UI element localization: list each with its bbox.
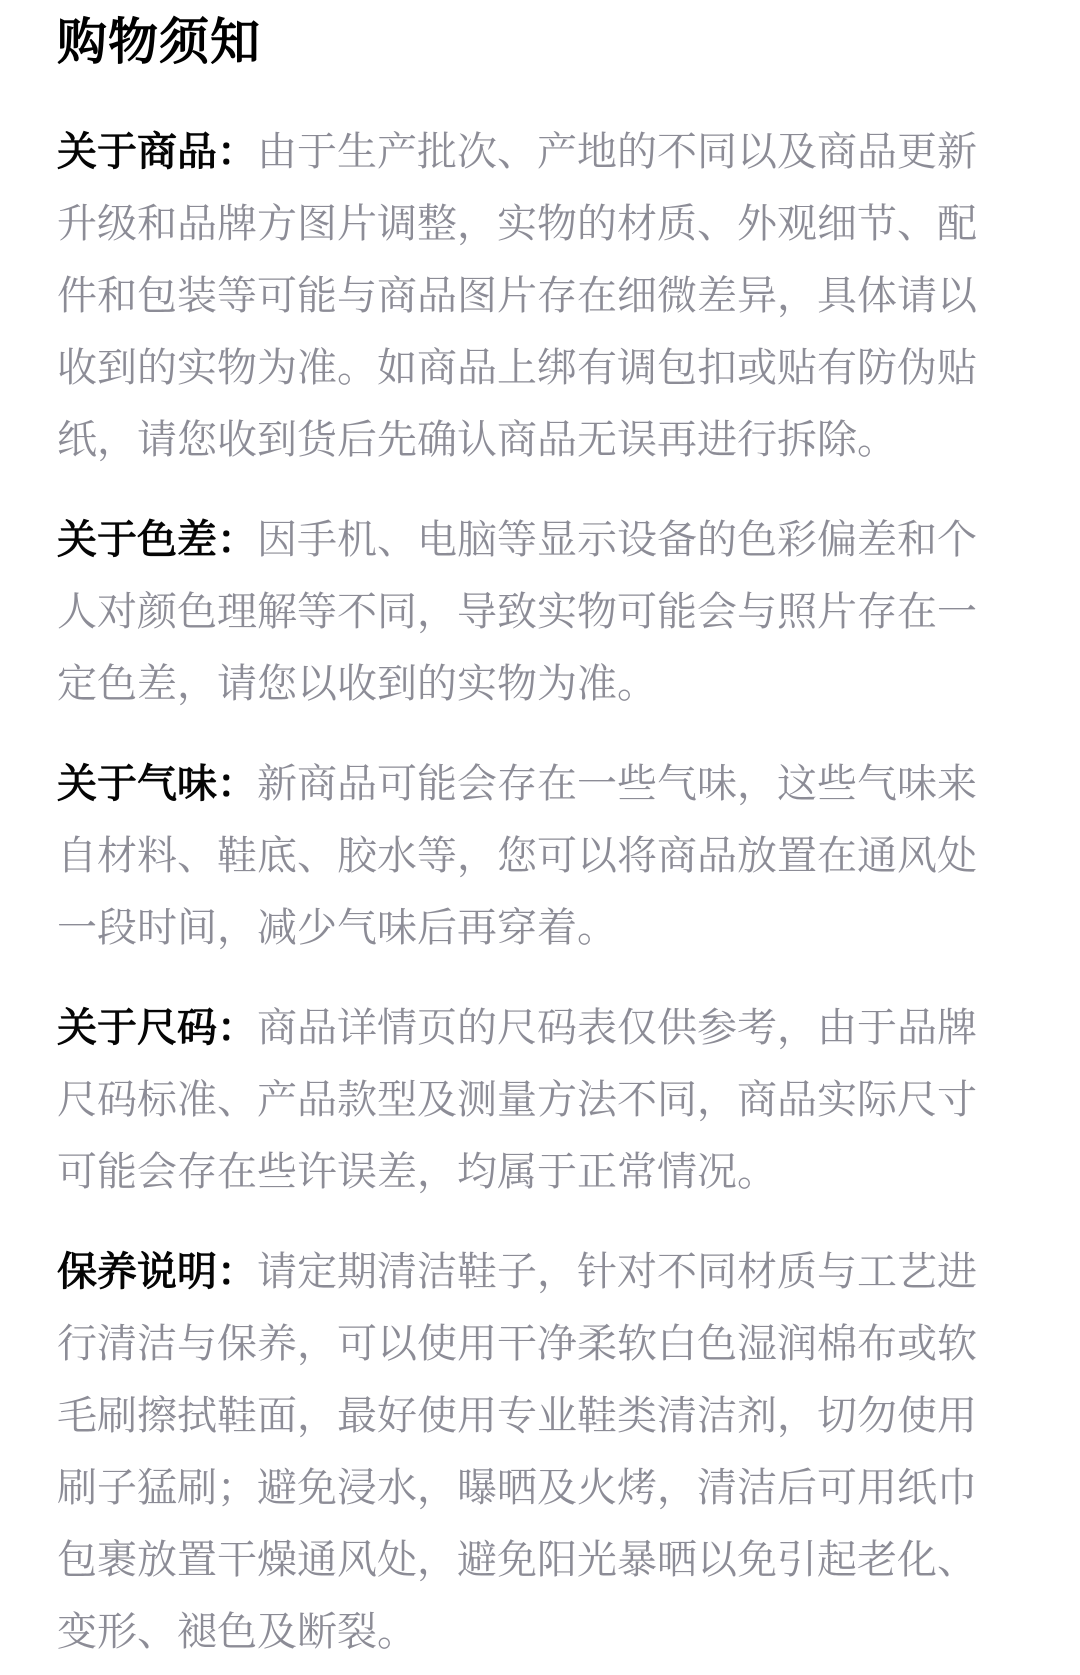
page-title: 购物须知 [57,14,1023,70]
notice-label-care-instructions: 保养说明： [57,1250,257,1294]
notice-label-odor: 关于气味： [57,762,257,806]
notice-text-about-product: 由于生产批次、产地的不同以及商品更新升级和品牌方图片调整，实物的材质、外观细节、… [57,130,977,462]
notice-section-about-product: 关于商品：由于生产批次、产地的不同以及商品更新升级和品牌方图片调整，实物的材质、… [57,116,997,476]
notice-label-sizing: 关于尺码： [57,1006,257,1050]
notice-section-odor: 关于气味：新商品可能会存在一些气味，这些气味来自材料、鞋底、胶水等，您可以将商品… [57,748,997,964]
notice-label-about-product: 关于商品： [57,130,257,174]
notice-text-care-instructions: 请定期清洁鞋子，针对不同材质与工艺进行清洁与保养，可以使用干净柔软白色湿润棉布或… [57,1250,977,1654]
shopping-notice-page: 购物须知 关于商品：由于生产批次、产地的不同以及商品更新升级和品牌方图片调整，实… [0,0,1080,1668]
notice-section-sizing: 关于尺码：商品详情页的尺码表仅供参考，由于品牌尺码标准、产品款型及测量方法不同，… [57,992,997,1208]
notice-section-color-difference: 关于色差：因手机、电脑等显示设备的色彩偏差和个人对颜色理解等不同，导致实物可能会… [57,504,997,720]
notice-label-color-difference: 关于色差： [57,518,257,562]
notice-section-care-instructions: 保养说明：请定期清洁鞋子，针对不同材质与工艺进行清洁与保养，可以使用干净柔软白色… [57,1236,997,1668]
